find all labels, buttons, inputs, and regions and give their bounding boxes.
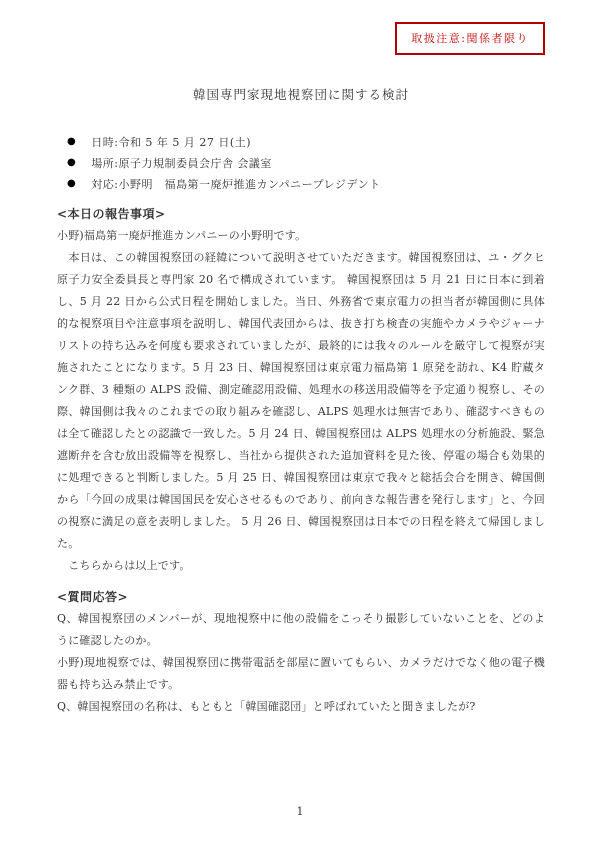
meta-item-place-label: 場所:原子力規制委員会庁舎 会議室 <box>91 155 272 171</box>
qa-answer-1: 小野)現地視察では、韓国視察団に携帯電話を部屋に置いてもらい、カメラだけでなく他… <box>57 652 545 696</box>
handling-notice-text: 取扱注意:関係者限り <box>411 32 529 45</box>
document-page: 取扱注意:関係者限り 韓国専門家現地視察団に関する検討 ● 日時:令和 5 年 … <box>0 0 600 850</box>
meta-item-attendee: ● 対応:小野明 福島第一廃炉推進カンパニープレジデント <box>57 173 545 194</box>
meta-item-place: ● 場所:原子力規制委員会庁舎 会議室 <box>57 152 545 173</box>
qa-question-2: Q、韓国視察団の名称は、もともと「韓国確認団」と呼ばれていたと聞きましたが? <box>57 696 545 718</box>
report-section: <本日の報告事項> 小野)福島第一廃炉推進カンパニーの小野明です。 本日は、この… <box>57 203 545 577</box>
qa-section: <質問応答> Q、韓国視察団のメンバーが、現地視察中に他の設備をこっそり撮影して… <box>57 586 545 718</box>
bullet-icon: ● <box>67 137 76 147</box>
qa-question-1: Q、韓国視察団のメンバーが、現地視察中に他の設備をこっそり撮影していないことを、… <box>57 608 545 652</box>
handling-notice-box: 取扱注意:関係者限り <box>395 22 545 55</box>
meta-list: ● 日時:令和 5 年 5 月 27 日(土) ● 場所:原子力規制委員会庁舎 … <box>57 131 545 194</box>
bullet-icon: ● <box>67 158 76 168</box>
report-closing-line: こちらからは以上です。 <box>57 555 545 577</box>
meta-item-datetime: ● 日時:令和 5 年 5 月 27 日(土) <box>57 131 545 152</box>
section-heading-report: <本日の報告事項> <box>57 203 545 225</box>
meta-item-attendee-label: 対応:小野明 福島第一廃炉推進カンパニープレジデント <box>91 176 380 192</box>
report-paragraph: 本日は、この韓国視察団の経緯について説明させていただきます。韓国視察団は、ユ・グ… <box>57 247 545 555</box>
section-heading-qa: <質問応答> <box>57 586 545 608</box>
meta-item-datetime-label: 日時:令和 5 年 5 月 27 日(土) <box>91 134 251 150</box>
report-speaker-line: 小野)福島第一廃炉推進カンパニーの小野明です。 <box>57 225 545 247</box>
page-number: 1 <box>0 805 600 818</box>
bullet-icon: ● <box>67 179 76 189</box>
